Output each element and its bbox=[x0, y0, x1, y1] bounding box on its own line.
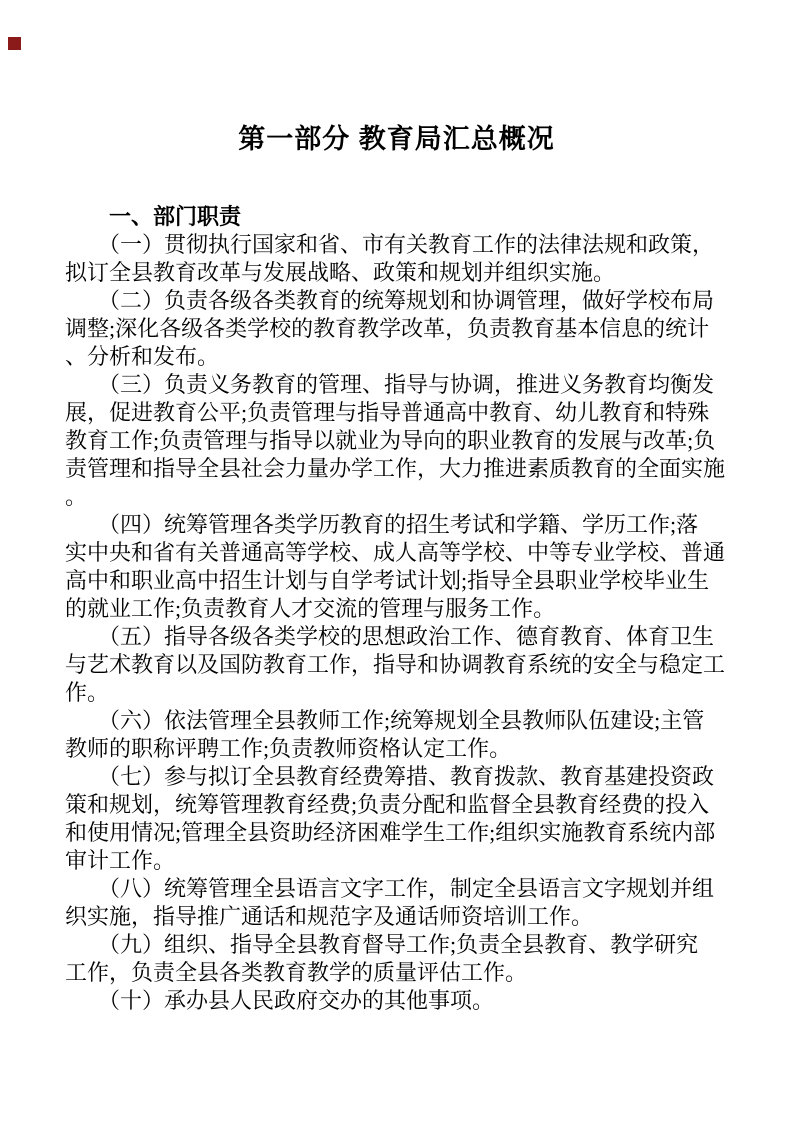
paragraph: （一）贯彻执行国家和省、市有关教育工作的法律法规和政策， 拟订全县教育改革与发展… bbox=[65, 231, 735, 287]
paragraph: （五）指导各级各类学校的思想政治工作、德育教育、体育卫生 与艺术教育以及国防教育… bbox=[65, 623, 735, 707]
document-page: 第一部分 教育局汇总概况 一、部门职责 （一）贯彻执行国家和省、市有关教育工作的… bbox=[0, 0, 793, 1122]
section-heading: 一、部门职责 bbox=[65, 203, 735, 231]
paragraph: （十）承办县人民政府交办的其他事项。 bbox=[65, 987, 735, 1015]
paragraph-list: （一）贯彻执行国家和省、市有关教育工作的法律法规和政策， 拟订全县教育改革与发展… bbox=[65, 231, 735, 1015]
document-body: 一、部门职责 （一）贯彻执行国家和省、市有关教育工作的法律法规和政策， 拟订全县… bbox=[65, 203, 735, 1015]
paragraph: （二）负责各级各类教育的统筹规划和协调管理，做好学校布局 调整;深化各级各类学校… bbox=[65, 287, 735, 371]
paragraph: （八）统筹管理全县语言文字工作，制定全县语言文字规划并组 织实施，指导推广通话和… bbox=[65, 875, 735, 931]
document-title: 第一部分 教育局汇总概况 bbox=[0, 121, 793, 157]
paragraph: （四）统筹管理各类学历教育的招生考试和学籍、学历工作;落 实中央和省有关普通高等… bbox=[65, 511, 735, 623]
paragraph: （九）组织、指导全县教育督导工作;负责全县教育、教学研究 工作，负责全县各类教育… bbox=[65, 931, 735, 987]
corner-marker bbox=[8, 37, 21, 50]
paragraph: （六）依法管理全县教师工作;统筹规划全县教师队伍建设;主管 教师的职称评聘工作;… bbox=[65, 707, 735, 763]
paragraph: （三）负责义务教育的管理、指导与协调，推进义务教育均衡发 展，促进教育公平;负责… bbox=[65, 371, 735, 511]
paragraph: （七）参与拟订全县教育经费筹措、教育拨款、教育基建投资政 策和规划，统筹管理教育… bbox=[65, 763, 735, 875]
